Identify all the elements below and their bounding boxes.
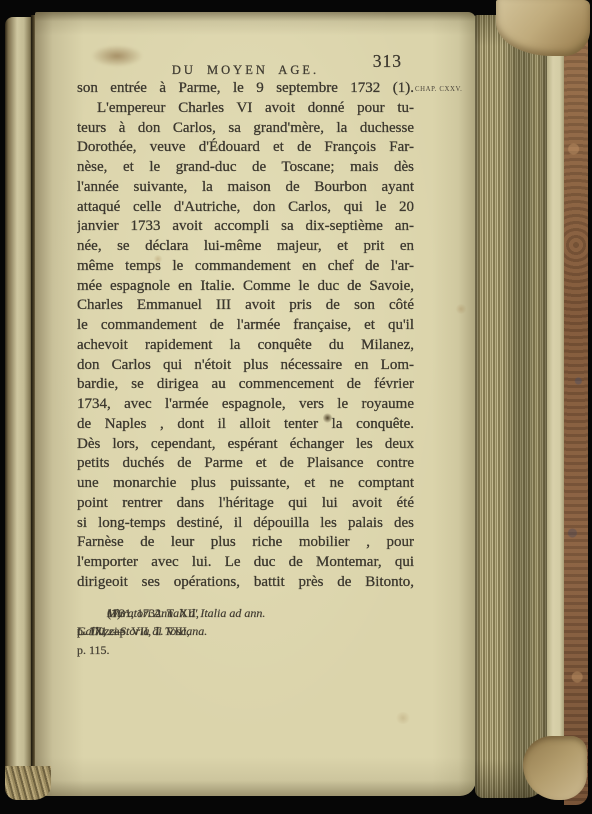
text-line: 1734, avec l'armée espagnole, vers le ro… [77, 395, 414, 415]
paper-stain [91, 45, 143, 67]
text-line: son entrée à Parme, le 9 septembre 1732 … [77, 79, 414, 99]
footnote: (1) Muratori Annali d' Italia ad ann. 17… [77, 604, 414, 659]
footnote-line: p. 171. — Galluzzi Storia di Toscana. L.… [77, 622, 414, 640]
footnote-citation: 1731, 1732. T. XII, [92, 604, 199, 622]
chapter-margin-note: CHAP. CXXV. [415, 86, 475, 93]
foxing-spot [455, 304, 467, 314]
text-line: le commandement de l'armée française, et… [77, 316, 414, 336]
text-line: Dès lors, cependant, espérant échanger l… [77, 435, 414, 455]
body-text: son entrée à Parme, le 9 septembre 1732 … [77, 79, 414, 593]
text-line: même temps le commandement en chef de l'… [77, 257, 414, 277]
text-line: janvier 1733 avoit accompli sa dix-septi… [77, 217, 414, 237]
text-line: achevoit rapidement la conquête du Milan… [77, 336, 414, 356]
text-line: point rentrer dans l'héritage qui lui av… [77, 494, 414, 514]
text-line: l'emporter avec lui. Le duc de Montemar,… [77, 553, 414, 573]
footnote-line: p. 115. [77, 641, 414, 659]
text-line: Farnèse de leur plus riche mobilier , po… [77, 533, 414, 553]
page-block-fore-edge [475, 15, 547, 798]
text-line: L'empereur Charles VI avoit donné pour t… [77, 99, 414, 119]
text-line: une monarchie plus puissante, et ne comp… [77, 474, 414, 494]
foxing-spot [153, 255, 163, 263]
text-line: attaqué celle d'Autriche, don Carlos, qu… [77, 198, 414, 218]
marbled-cover-edge [564, 5, 588, 805]
book-page: DU MOYEN AGE. 313 CHAP. CXXV. son entrée… [35, 12, 476, 796]
text-line: don Carlos qui n'étoit plus nécessaire e… [77, 356, 414, 376]
page-number: 313 [373, 51, 402, 72]
cover-board-edge [547, 26, 564, 786]
page-stack-bottom-corner [5, 766, 51, 800]
text-line: petits duchés de Parme et de Plaisance c… [77, 454, 414, 474]
facing-page-edge [5, 17, 32, 787]
text-line: bardie, se dirigea au commencement de fé… [77, 375, 414, 395]
text-line: Charles Emmanuel III avoit pris de son c… [77, 296, 414, 316]
text-line: l'année suivante, la maison de Bourbon a… [77, 178, 414, 198]
footnote-citation: L. IX, cap. VII, T. VIII, [77, 622, 190, 640]
text-line: nèse, et le grand-duc de Toscane; mais d… [77, 158, 414, 178]
footnote-line: (1) Muratori Annali d' Italia ad ann. 17… [77, 604, 414, 622]
text-line: de Naples , dont il alloit tenter la con… [77, 415, 414, 435]
text-line: teurs à don Carlos, sa grand'mère, la du… [77, 119, 414, 139]
text-line: si long-temps destiné, il dépouilla les … [77, 514, 414, 534]
text-line: mée espagnole en Italie. Comme le duc de… [77, 277, 414, 297]
foxing-spot [395, 712, 411, 724]
book-photo: DU MOYEN AGE. 313 CHAP. CXXV. son entrée… [0, 0, 592, 814]
text-line: Dorothée, veuve d'Édouard et de François… [77, 138, 414, 158]
text-line: dirigeoit ses opérations, battit près de… [77, 573, 414, 593]
text-line: née, se déclara lui-même majeur, et prit… [77, 237, 414, 257]
